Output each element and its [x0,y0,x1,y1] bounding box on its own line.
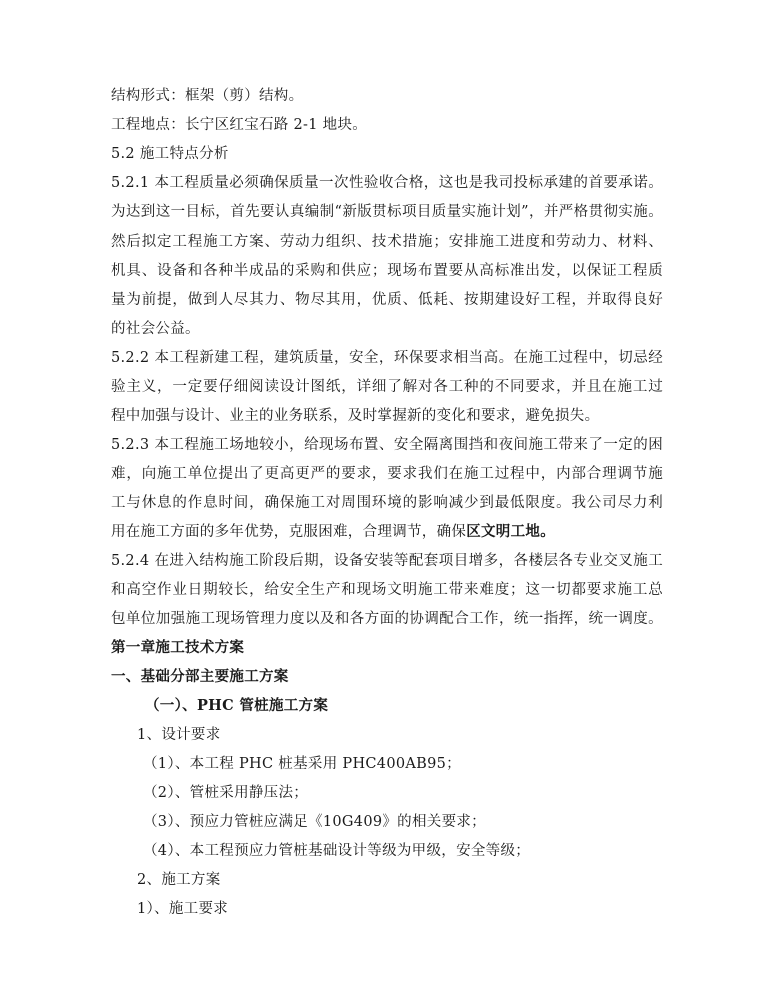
paragraph-5-2-1-line-1: 5.2.1 本工程质量必须确保质量一次性验收合格，这也是我司投标承建的首要承诺。 [111,173,663,193]
civilized-site-emphasis: 区文明工地。 [466,523,555,540]
requirement-4: （4）、本工程预应力管桩基础设计等级为甲级，安全等级； [143,841,530,861]
paragraph-5-2-2-line-3: 程中加强与设计、业主的业务联系，及时掌握新的变化和要求，避免损失。 [111,406,599,426]
paragraph-5-2-1-line-6: 的社会公益。 [111,319,200,339]
paragraph-5-2-1-line-4: 机具、设备和各种半成品的采购和供应；现场布置要从高标准出发，以保证工程质 [111,261,663,281]
paragraph-5-2-4-line-3: 包单位加强施工现场管理力度以及和各方面的协调配合工作，统一指挥，统一调度。 [111,609,663,629]
paragraph-5-2-1-line-5: 量为前提，做到人尽其力、物尽其用，优质、低耗、按期建设好工程，并取得良好 [111,290,663,310]
paragraph-5-2-2-line-2: 验主义，一定要仔细阅读设计图纸，详细了解对各工种的不同要求，并且在施工过 [111,377,663,397]
project-location-line: 工程地点：长宁区红宝石路 2-1 地块。 [111,115,367,135]
design-requirements-heading: 1、设计要求 [137,725,221,745]
requirement-3: （3）、预应力管桩应满足《10G409》的相关要求； [143,812,486,832]
chapter-1-heading: 第一章施工技术方案 [111,638,244,658]
construction-requirements-heading: 1）、施工要求 [137,899,228,919]
paragraph-5-2-3-line-4-text: 用在施工方面的多年优势，克服困难，合理调节，确保 [111,524,466,540]
paragraph-5-2-4-line-2: 和高空作业日期较长，给安全生产和现场文明施工带来难度；这一切都要求施工总 [111,580,663,600]
paragraph-5-2-3-line-1: 5.2.3 本工程施工场地较小，给现场布置、安全隔离围挡和夜间施工带来了一定的困 [111,435,663,455]
paragraph-5-2-1-line-3: 然后拟定工程施工方案、劳动力组织、技术措施；安排施工进度和劳动力、材料、 [111,232,663,252]
paragraph-5-2-2-line-1: 5.2.2 本工程新建工程，建筑质量，安全，环保要求相当高。在施工过程中，切忌经 [111,348,663,368]
paragraph-5-2-1-line-2: 为达到这一目标，首先要认真编制“新版贯标项目质量实施计划”，并严格贯彻实施。 [111,202,663,222]
requirement-2: （2）、管桩采用静压法； [143,783,308,803]
structure-form-line: 结构形式：框架（剪）结构。 [111,86,303,106]
requirement-1: （1）、本工程 PHC 桩基采用 PHC400AB95； [143,754,461,774]
foundation-section-heading: 一、基础分部主要施工方案 [111,667,289,687]
paragraph-5-2-3-line-3: 工与休息的作息时间，确保施工对周围环境的影响减少到最低限度。我公司尽力利 [111,493,663,513]
paragraph-5-2-3-line-2: 难，向施工单位提出了更高更严的要求，要求我们在施工过程中，内部合理调节施 [111,464,663,484]
section-5-2-heading: 5.2 施工特点分析 [111,144,229,164]
construction-plan-heading: 2、施工方案 [137,870,221,890]
phc-pile-subsection-heading: （一）、PHC 管桩施工方案 [145,696,328,716]
paragraph-5-2-3-line-4: 用在施工方面的多年优势，克服困难，合理调节，确保区文明工地。 [111,522,555,542]
paragraph-5-2-4-line-1: 5.2.4 在进入结构施工阶段后期，设备安装等配套项目增多，各楼层各专业交叉施工 [111,551,663,571]
